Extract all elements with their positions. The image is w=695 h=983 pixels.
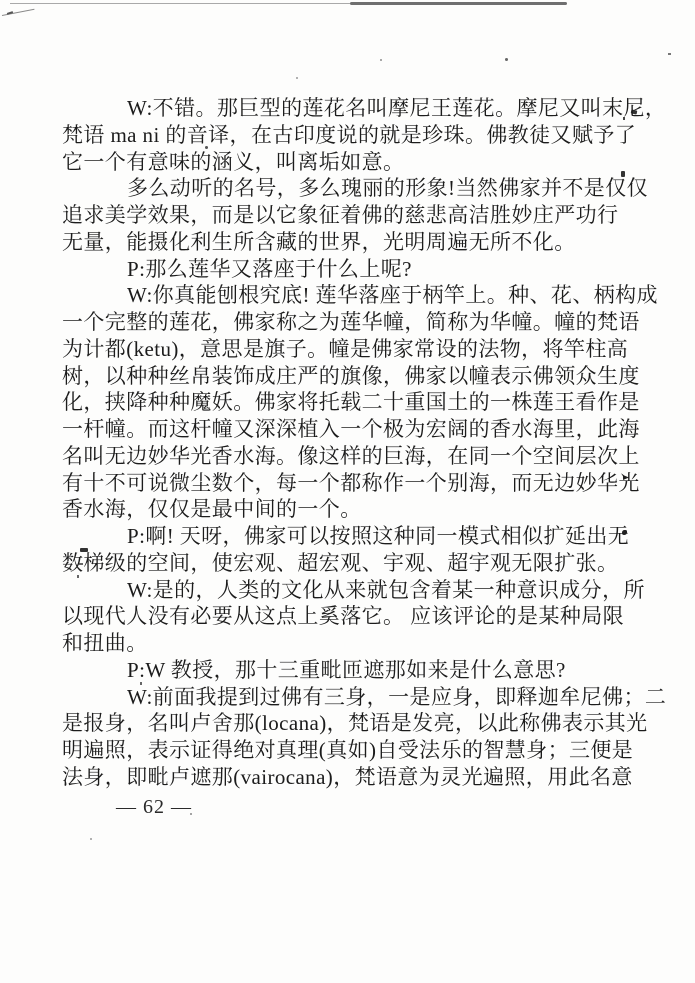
text-line: P:啊! 天呀，佛家可以按照这种同一模式相似扩延出无 — [62, 523, 640, 550]
scan-speck — [7, 11, 13, 15]
text-line: 一个完整的莲花，佛家称之为莲华幢，简称为华幢。幢的梵语 — [62, 309, 640, 336]
scan-scratch — [2, 9, 35, 16]
text-line: 数梯级的空间，使宏观、超宏观、宇观、超宇观无限扩张。 — [62, 550, 640, 577]
text-line: W:是的，人类的文化从来就包含着某一种意识成分，所 — [62, 577, 640, 604]
text-line: W:不错。那巨型的莲花名叫摩尼王莲花。摩尼又叫末尼， — [62, 95, 640, 122]
text-line: W:你真能刨根究底! 莲华落座于柄竿上。种、花、柄构成 — [62, 282, 640, 309]
text-line: P:那么莲华又落座于什么上呢? — [62, 256, 640, 283]
text-line: 无量，能摄化利生所含藏的世界，光明周遍无所不化。 — [62, 229, 640, 256]
text-line: 多么动听的名号，多么瑰丽的形象!当然佛家并不是仅仅 — [62, 175, 640, 202]
scan-speck — [90, 838, 92, 840]
text-line: 梵语 ma ni 的音译，在古印度说的就是珍珠。佛教徒又赋予了 — [62, 122, 640, 149]
text-line: 一杆幢。而这杆幢又深深植入一个极为宏阔的香水海里，此海 — [62, 416, 640, 443]
scan-speck — [296, 77, 298, 79]
scan-scratch — [10, 3, 352, 4]
text-line: P:W 教授，那十三重毗匝遮那如来是什么意思? — [62, 657, 640, 684]
text-line: 树，以种种丝帛装饰成庄严的旗像，佛家以幢表示佛领众生度 — [62, 363, 640, 390]
text-line: 和扭曲。 — [62, 630, 640, 657]
scan-speck — [380, 59, 382, 61]
scan-speck — [668, 53, 671, 55]
page-number: — 62 — — [116, 796, 192, 819]
page-text-block: W:不错。那巨型的莲花名叫摩尼王莲花。摩尼又叫末尼， 梵语 ma ni 的音译，… — [62, 95, 640, 791]
text-line: 以现代人没有必要从这点上奚落它。 应该评论的是某种局限 — [62, 603, 640, 630]
scan-speck — [505, 58, 508, 61]
text-line: 是报身，名叫卢舍那(locana)，梵语是发亮，以此称佛表示其光 — [62, 710, 640, 737]
scan-scratch — [350, 2, 567, 5]
text-line: 名叫无边妙华光香水海。像这样的巨海，在同一个空间层次上 — [62, 443, 640, 470]
text-line: 化，挟降种种魔妖。佛家将托载二十重国土的一株莲王看作是 — [62, 389, 640, 416]
text-line: W:前面我提到过佛有三身，一是应身，即释迦牟尼佛；二 — [62, 684, 640, 711]
text-line: 追求美学效果，而是以它象征着佛的慈悲高洁胜妙庄严功行 — [62, 202, 640, 229]
text-line: 香水海，仅仅是最中间的一个。 — [62, 496, 640, 523]
text-line: 有十不可说微尘数个，每一个都称作一个别海，而无边妙华光 — [62, 470, 640, 497]
text-line: 法身，即毗卢遮那(vairocana)，梵语意为灵光遍照，用此名意 — [62, 764, 640, 791]
text-line: 明遍照，表示证得绝对真理(真如)自受法乐的智慧身；三便是 — [62, 737, 640, 764]
text-line: 为计都(ketu)，意思是旗子。幢是佛家常设的法物，将竿柱高 — [62, 336, 640, 363]
text-line: 它一个有意味的涵义，叫离垢如意。 — [62, 149, 640, 176]
scanned-page: W:不错。那巨型的莲花名叫摩尼王莲花。摩尼又叫末尼， 梵语 ma ni 的音译，… — [0, 0, 695, 983]
